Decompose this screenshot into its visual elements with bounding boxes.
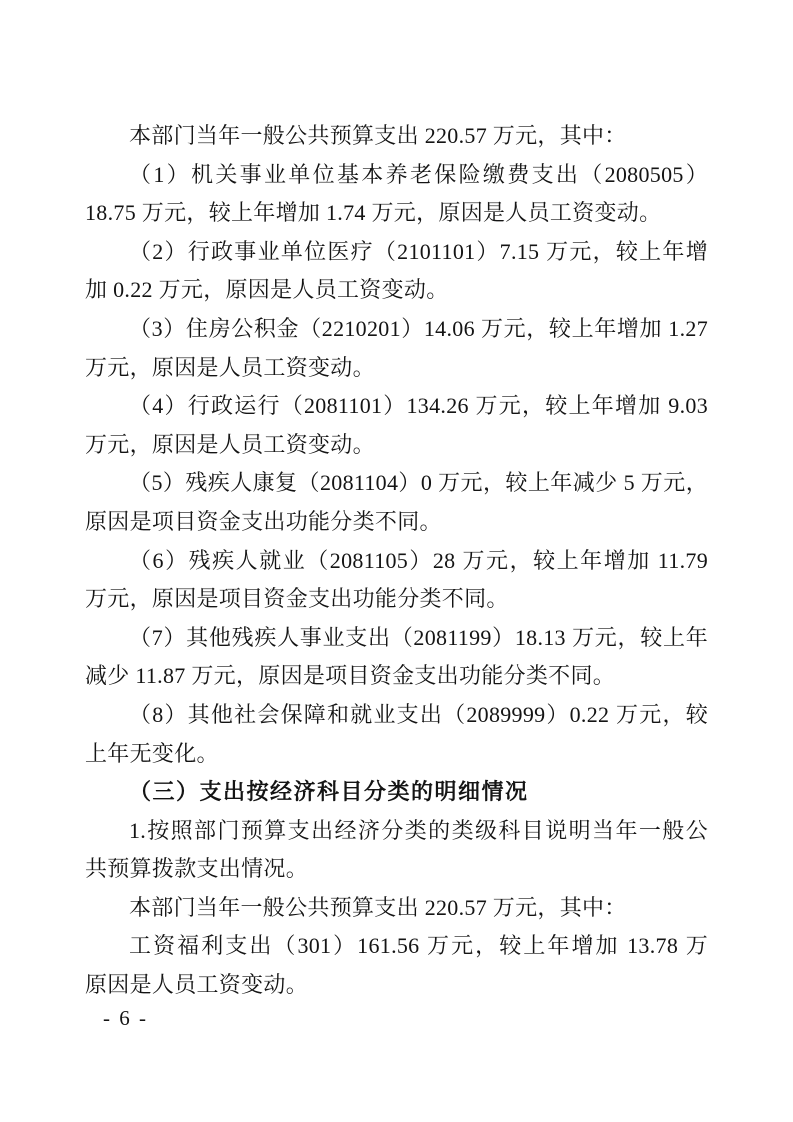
text-line: 原因是人员工资变动。 xyxy=(85,966,708,1005)
text-line: （5）残疾人康复（2081104）0 万元，较上年减少 5 万元， xyxy=(85,464,708,503)
document-page: 本部门当年一般公共预算支出 220.57 万元，其中：（1）机关事业单位基本养老… xyxy=(0,0,793,1122)
text-line: （7）其他残疾人事业支出（2081199）18.13 万元，较上年 xyxy=(85,619,708,658)
text-line: （2）行政事业单位医疗（2101101）7.15 万元，较上年增 xyxy=(85,233,708,272)
text-line: （3）住房公积金（2210201）14.06 万元，较上年增加 1.27 xyxy=(85,310,708,349)
page-number: - 6 - xyxy=(103,1003,148,1033)
text-line: 共预算拨款支出情况。 xyxy=(85,850,708,889)
text-line: 万元，原因是人员工资变动。 xyxy=(85,426,708,465)
text-line: 万元，原因是项目资金支出功能分类不同。 xyxy=(85,580,708,619)
text-line: 18.75 万元，较上年增加 1.74 万元，原因是人员工资变动。 xyxy=(85,194,708,233)
text-line: 本部门当年一般公共预算支出 220.57 万元，其中： xyxy=(85,117,708,156)
text-line: （1）机关事业单位基本养老保险缴费支出（2080505） xyxy=(85,156,708,195)
text-line: （4）行政运行（2081101）134.26 万元，较上年增加 9.03 xyxy=(85,387,708,426)
text-line: 本部门当年一般公共预算支出 220.57 万元，其中： xyxy=(85,889,708,928)
text-line: （6）残疾人就业（2081105）28 万元，较上年增加 11.79 xyxy=(85,542,708,581)
text-line: 上年无变化。 xyxy=(85,735,708,774)
text-block: 本部门当年一般公共预算支出 220.57 万元，其中：（1）机关事业单位基本养老… xyxy=(85,117,708,1005)
text-line: 工资福利支出（301）161.56 万元，较上年增加 13.78 万元， xyxy=(85,927,708,966)
text-line: 加 0.22 万元，原因是人员工资变动。 xyxy=(85,271,708,310)
text-line: 减少 11.87 万元，原因是项目资金支出功能分类不同。 xyxy=(85,657,708,696)
text-line: 1.按照部门预算支出经济分类的类级科目说明当年一般公 xyxy=(85,812,708,851)
text-line: 万元，原因是人员工资变动。 xyxy=(85,349,708,388)
text-line: （8）其他社会保障和就业支出（2089999）0.22 万元，较 xyxy=(85,696,708,735)
section-heading-line: （三）支出按经济科目分类的明细情况 xyxy=(85,773,708,812)
text-line: 原因是项目资金支出功能分类不同。 xyxy=(85,503,708,542)
